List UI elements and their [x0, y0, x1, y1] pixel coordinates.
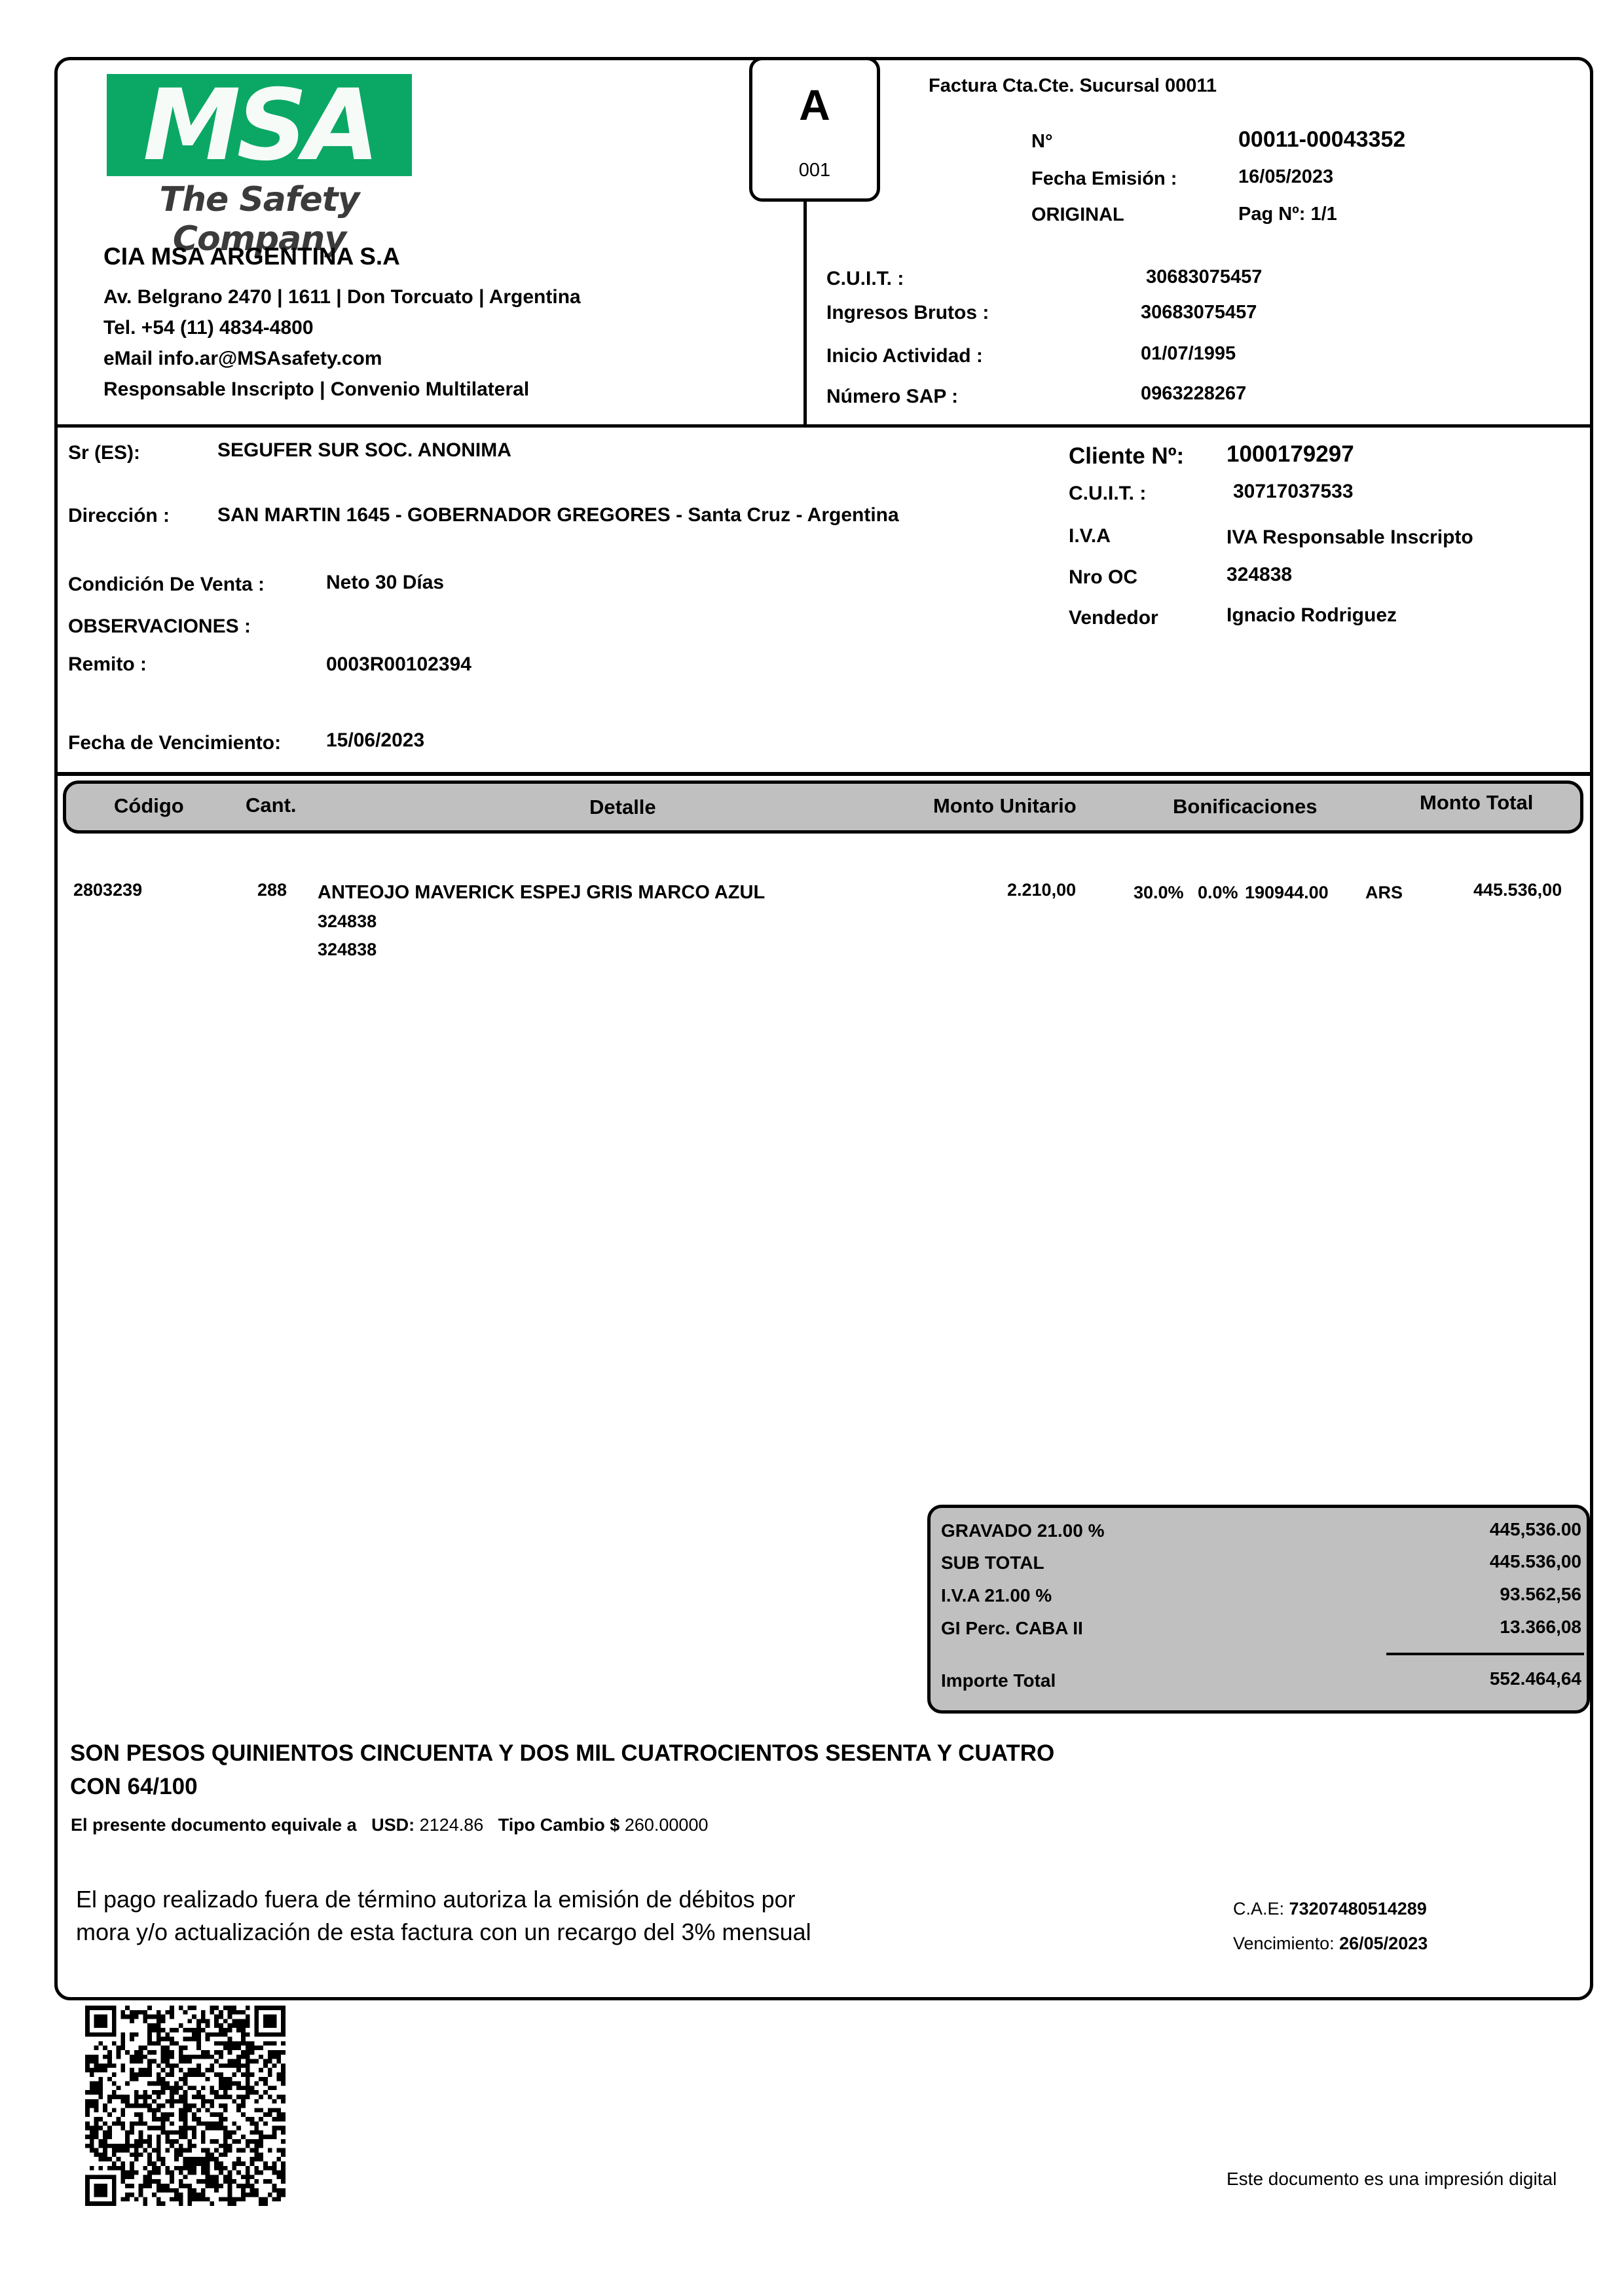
item-description: ANTEOJO MAVERICK ESPEJ GRIS MARCO AZUL [318, 882, 765, 904]
issuer-address: Av. Belgrano 2470 | 1611 | Don Torcuato … [103, 286, 581, 308]
issuer-name: CIA MSA ARGENTINA S.A [103, 243, 400, 270]
cae-due: Vencimiento: 26/05/2023 [1233, 1934, 1428, 1954]
issuer-cuit-label: C.U.I.T. : [826, 268, 904, 290]
usd-label: USD: [371, 1815, 415, 1835]
usd-equivalence: El presente documento equivale a USD: 21… [71, 1815, 708, 1835]
sap-label: Número SAP : [826, 386, 958, 408]
col-header-monto-total: Monto Total [1420, 791, 1533, 815]
due-date-label: Fecha de Vencimiento: [68, 732, 281, 754]
iibb-value: 30683075457 [1141, 302, 1257, 323]
col-header-cant: Cant. [246, 794, 297, 817]
totals-value: 445,536.00 [1490, 1519, 1581, 1540]
totals-label: I.V.A 21.00 % [941, 1585, 1052, 1606]
total-underline [1386, 1653, 1584, 1655]
observations-label: OBSERVACIONES : [68, 615, 251, 638]
client-cuit-label: C.U.I.T. : [1069, 483, 1146, 505]
cae-label: C.A.E: [1233, 1899, 1284, 1919]
item-total: 445.536,00 [1473, 880, 1562, 900]
customer-address-label: Dirección : [68, 505, 170, 527]
cae-due-label: Vencimiento: [1233, 1934, 1335, 1953]
item-discount-amount: 190944.00 [1245, 883, 1329, 903]
copy-label: ORIGINAL [1031, 204, 1124, 226]
totals-value: 13.366,08 [1500, 1617, 1581, 1638]
header-vertical-divider [803, 200, 807, 428]
client-iva-label: I.V.A [1069, 525, 1111, 547]
usd-value: 2124.86 [420, 1815, 484, 1835]
item-quantity: 288 [257, 880, 287, 900]
logo-brand-text: MSA [107, 77, 412, 175]
seller-name: Ignacio Rodriguez [1227, 604, 1397, 627]
client-cuit: 30717037533 [1233, 481, 1354, 503]
sale-condition-label: Condición De Venta : [68, 574, 265, 596]
sale-condition: Neto 30 Días [326, 572, 444, 594]
amount-in-words-line1: SON PESOS QUINIENTOS CINCUENTA Y DOS MIL… [70, 1740, 1054, 1767]
document-type-code: 001 [752, 160, 877, 181]
invoice-number-label: N° [1031, 131, 1053, 153]
purchase-order: 324838 [1227, 564, 1292, 586]
remito-label: Remito : [68, 653, 147, 676]
equivalence-prefix: El presente documento equivale a [71, 1815, 357, 1835]
col-header-codigo: Código [114, 794, 184, 818]
issue-date: 16/05/2023 [1238, 166, 1333, 188]
late-payment-notice-line1: El pago realizado fuera de término autor… [76, 1886, 796, 1913]
customer-address: SAN MARTIN 1645 - GOBERNADOR GREGORES - … [217, 504, 899, 526]
client-iva: IVA Responsable Inscripto [1227, 526, 1473, 549]
activity-start-label: Inicio Actividad : [826, 345, 983, 367]
document-letter: A [752, 80, 877, 130]
item-description-extra: 324838 [318, 911, 377, 932]
exchange-rate-value: 260.00000 [625, 1815, 709, 1835]
iibb-label: Ingresos Brutos : [826, 302, 989, 324]
issuer-cuit: 30683075457 [1146, 266, 1262, 288]
item-discount-1: 30.0% [1134, 883, 1184, 903]
header-divider [56, 424, 1592, 428]
client-number: 1000179297 [1227, 441, 1354, 468]
company-logo: MSA The Safety Company [107, 74, 412, 225]
item-discount-2: 0.0% [1198, 883, 1238, 903]
invoice-title: Factura Cta.Cte. Sucursal 00011 [929, 75, 1217, 97]
issuer-email: eMail info.ar@MSAsafety.com [103, 348, 382, 370]
totals-label: SUB TOTAL [941, 1552, 1044, 1573]
cae: C.A.E: 73207480514289 [1233, 1899, 1427, 1919]
totals-value: 445.536,00 [1490, 1551, 1581, 1572]
totals-value: 93.562,56 [1500, 1584, 1581, 1605]
col-header-monto-unitario: Monto Unitario [933, 794, 1077, 818]
document-type-box: A 001 [749, 57, 880, 202]
remito-number: 0003R00102394 [326, 653, 471, 676]
totals-box: GRAVADO 21.00 % 445,536.00 SUB TOTAL 445… [927, 1505, 1590, 1714]
item-unit-price: 2.210,00 [1007, 880, 1076, 900]
client-number-label: Cliente Nº: [1069, 443, 1184, 469]
col-header-detalle: Detalle [589, 796, 656, 819]
digital-print-note: Este documento es una impresión digital [1227, 2169, 1557, 2190]
totals-label: GRAVADO 21.00 % [941, 1520, 1104, 1541]
page-number: Pag Nº: 1/1 [1238, 204, 1337, 225]
issue-date-label: Fecha Emisión : [1031, 168, 1177, 190]
invoice-number: 00011-00043352 [1238, 127, 1405, 153]
totals-label: GI Perc. CABA II [941, 1618, 1083, 1639]
qr-code-icon [85, 2006, 286, 2206]
cae-number: 73207480514289 [1289, 1899, 1427, 1919]
item-description-extra: 324838 [318, 940, 377, 960]
item-currency: ARS [1365, 883, 1403, 903]
grand-total-label: Importe Total [941, 1670, 1056, 1691]
amount-in-words-line2: CON 64/100 [70, 1774, 198, 1800]
purchase-order-label: Nro OC [1069, 566, 1137, 589]
cae-due-date: 26/05/2023 [1339, 1934, 1428, 1953]
customer-name: SEGUFER SUR SOC. ANONIMA [217, 439, 511, 462]
col-header-bonificaciones: Bonificaciones [1173, 795, 1318, 818]
grand-total: 552.464,64 [1490, 1668, 1581, 1689]
late-payment-notice-line2: mora y/o actualización de esta factura c… [76, 1919, 811, 1946]
issuer-phone: Tel. +54 (11) 4834-4800 [103, 317, 314, 339]
customer-name-label: Sr (ES): [68, 442, 140, 464]
issuer-tax-status: Responsable Inscripto | Convenio Multila… [103, 378, 529, 401]
due-date: 15/06/2023 [326, 729, 424, 752]
customer-divider [56, 772, 1592, 776]
sap-number: 0963228267 [1141, 383, 1246, 405]
item-code: 2803239 [73, 880, 142, 900]
seller-label: Vendedor [1069, 607, 1158, 629]
exchange-rate-label: Tipo Cambio $ [498, 1815, 620, 1835]
activity-start: 01/07/1995 [1141, 343, 1236, 365]
